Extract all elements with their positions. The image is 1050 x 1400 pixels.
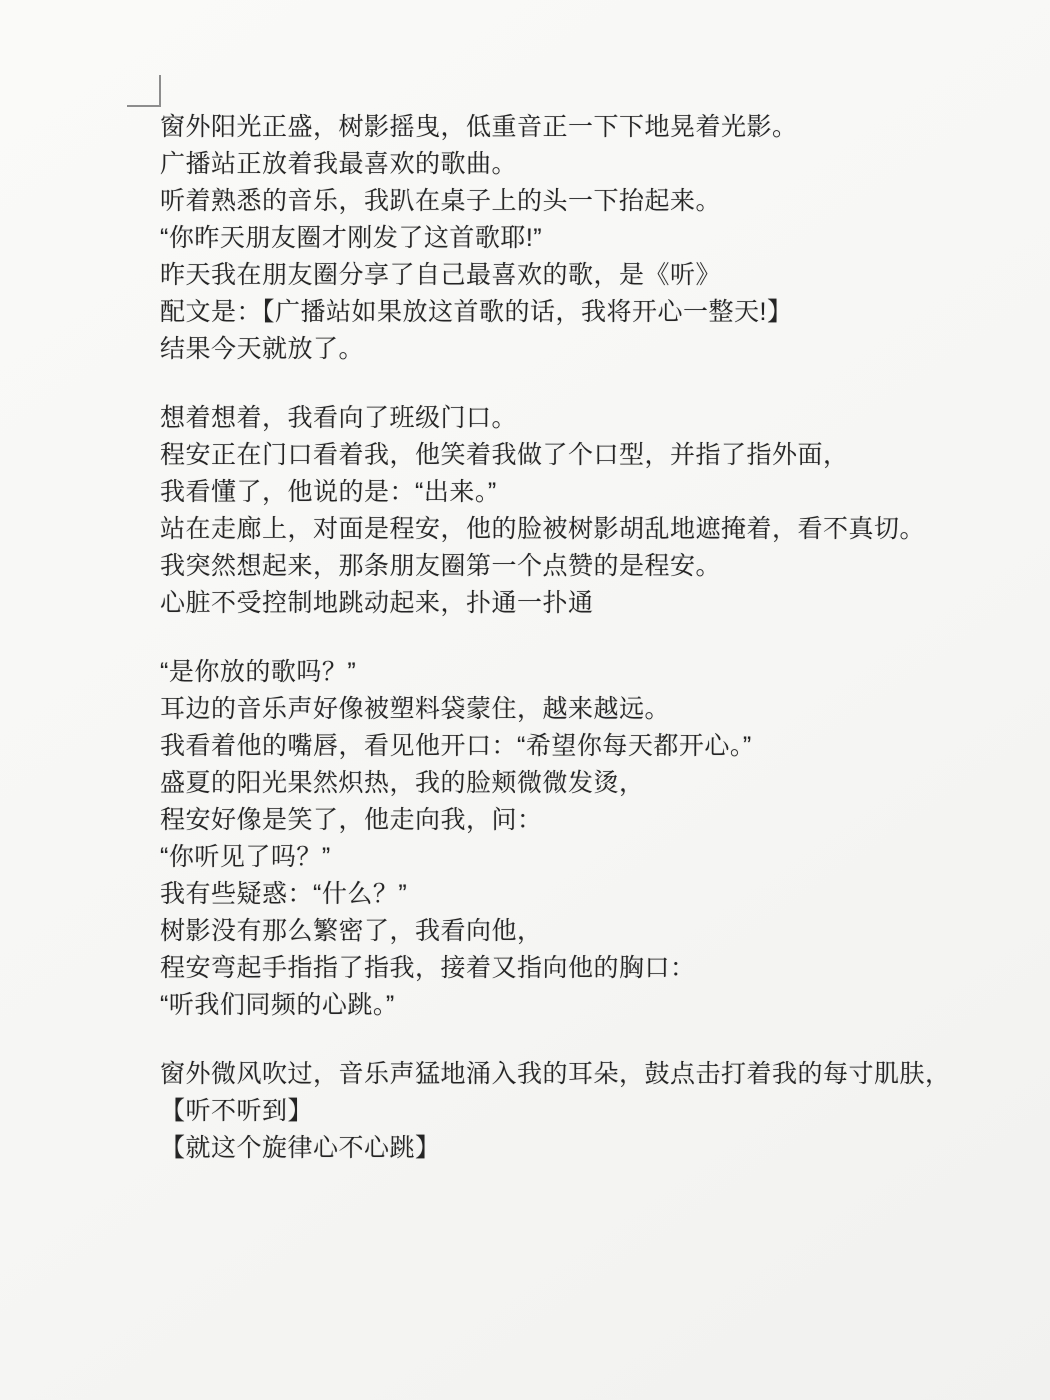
text-line: 耳边的音乐声好像被塑料袋蒙住，越来越远。 [160, 691, 1010, 728]
text-line: 【就这个旋律心不心跳】 [160, 1130, 1010, 1167]
text-line: 想着想着，我看向了班级门口。 [160, 400, 1010, 437]
paragraph-2: 想着想着，我看向了班级门口。 程安正在门口看着我，他笑着我做了个口型，并指了指外… [160, 400, 1010, 622]
paragraph-1: 窗外阳光正盛，树影摇曳，低重音正一下下地晃着光影。 广播站正放着我最喜欢的歌曲。… [160, 109, 1010, 368]
text-line: 我看着他的嘴唇，看见他开口：“希望你每天都开心。” [160, 728, 1010, 765]
text-line: 程安正在门口看着我，他笑着我做了个口型，并指了指外面， [160, 437, 1010, 474]
text-line: 听着熟悉的音乐，我趴在桌子上的头一下抬起来。 [160, 183, 1010, 220]
text-line: 【听不听到】 [160, 1093, 1010, 1130]
text-line: 配文是：【广播站如果放这首歌的话，我将开心一整天!】 [160, 294, 1010, 331]
text-line: 树影没有那么繁密了，我看向他， [160, 913, 1010, 950]
document-page: 窗外阳光正盛，树影摇曳，低重音正一下下地晃着光影。 广播站正放着我最喜欢的歌曲。… [0, 0, 1050, 1400]
text-line: 程安好像是笑了，他走向我，问： [160, 802, 1010, 839]
text-line: 广播站正放着我最喜欢的歌曲。 [160, 146, 1010, 183]
text-line: “是你放的歌吗？” [160, 654, 1010, 691]
text-line: 结果今天就放了。 [160, 331, 1010, 368]
text-line: “你昨天朋友圈才刚发了这首歌耶!” [160, 220, 1010, 257]
text-line: 盛夏的阳光果然炽热，我的脸颊微微发烫， [160, 765, 1010, 802]
text-line: “听我们同频的心跳。” [160, 987, 1010, 1024]
text-line: 窗外阳光正盛，树影摇曳，低重音正一下下地晃着光影。 [160, 109, 1010, 146]
text-line: 我看懂了，他说的是：“出来。” [160, 474, 1010, 511]
story-text: 窗外阳光正盛，树影摇曳，低重音正一下下地晃着光影。 广播站正放着我最喜欢的歌曲。… [160, 109, 1010, 1167]
paragraph-4: 窗外微风吹过，音乐声猛地涌入我的耳朵，鼓点击打着我的每寸肌肤， 【听不听到】 【… [160, 1056, 1010, 1167]
text-line: 心脏不受控制地跳动起来，扑通一扑通 [160, 585, 1010, 622]
text-line: “你听见了吗？” [160, 839, 1010, 876]
text-line: 我有些疑惑：“什么？” [160, 876, 1010, 913]
text-line: 窗外微风吹过，音乐声猛地涌入我的耳朵，鼓点击打着我的每寸肌肤， [160, 1056, 1010, 1093]
text-line: 昨天我在朋友圈分享了自己最喜欢的歌，是《听》 [160, 257, 1010, 294]
text-boundary-corner-mark-icon [127, 75, 161, 107]
paragraph-3: “是你放的歌吗？” 耳边的音乐声好像被塑料袋蒙住，越来越远。 我看着他的嘴唇，看… [160, 654, 1010, 1024]
text-line: 我突然想起来，那条朋友圈第一个点赞的是程安。 [160, 548, 1010, 585]
text-line: 程安弯起手指指了指我，接着又指向他的胸口： [160, 950, 1010, 987]
text-line: 站在走廊上，对面是程安，他的脸被树影胡乱地遮掩着，看不真切。 [160, 511, 1010, 548]
